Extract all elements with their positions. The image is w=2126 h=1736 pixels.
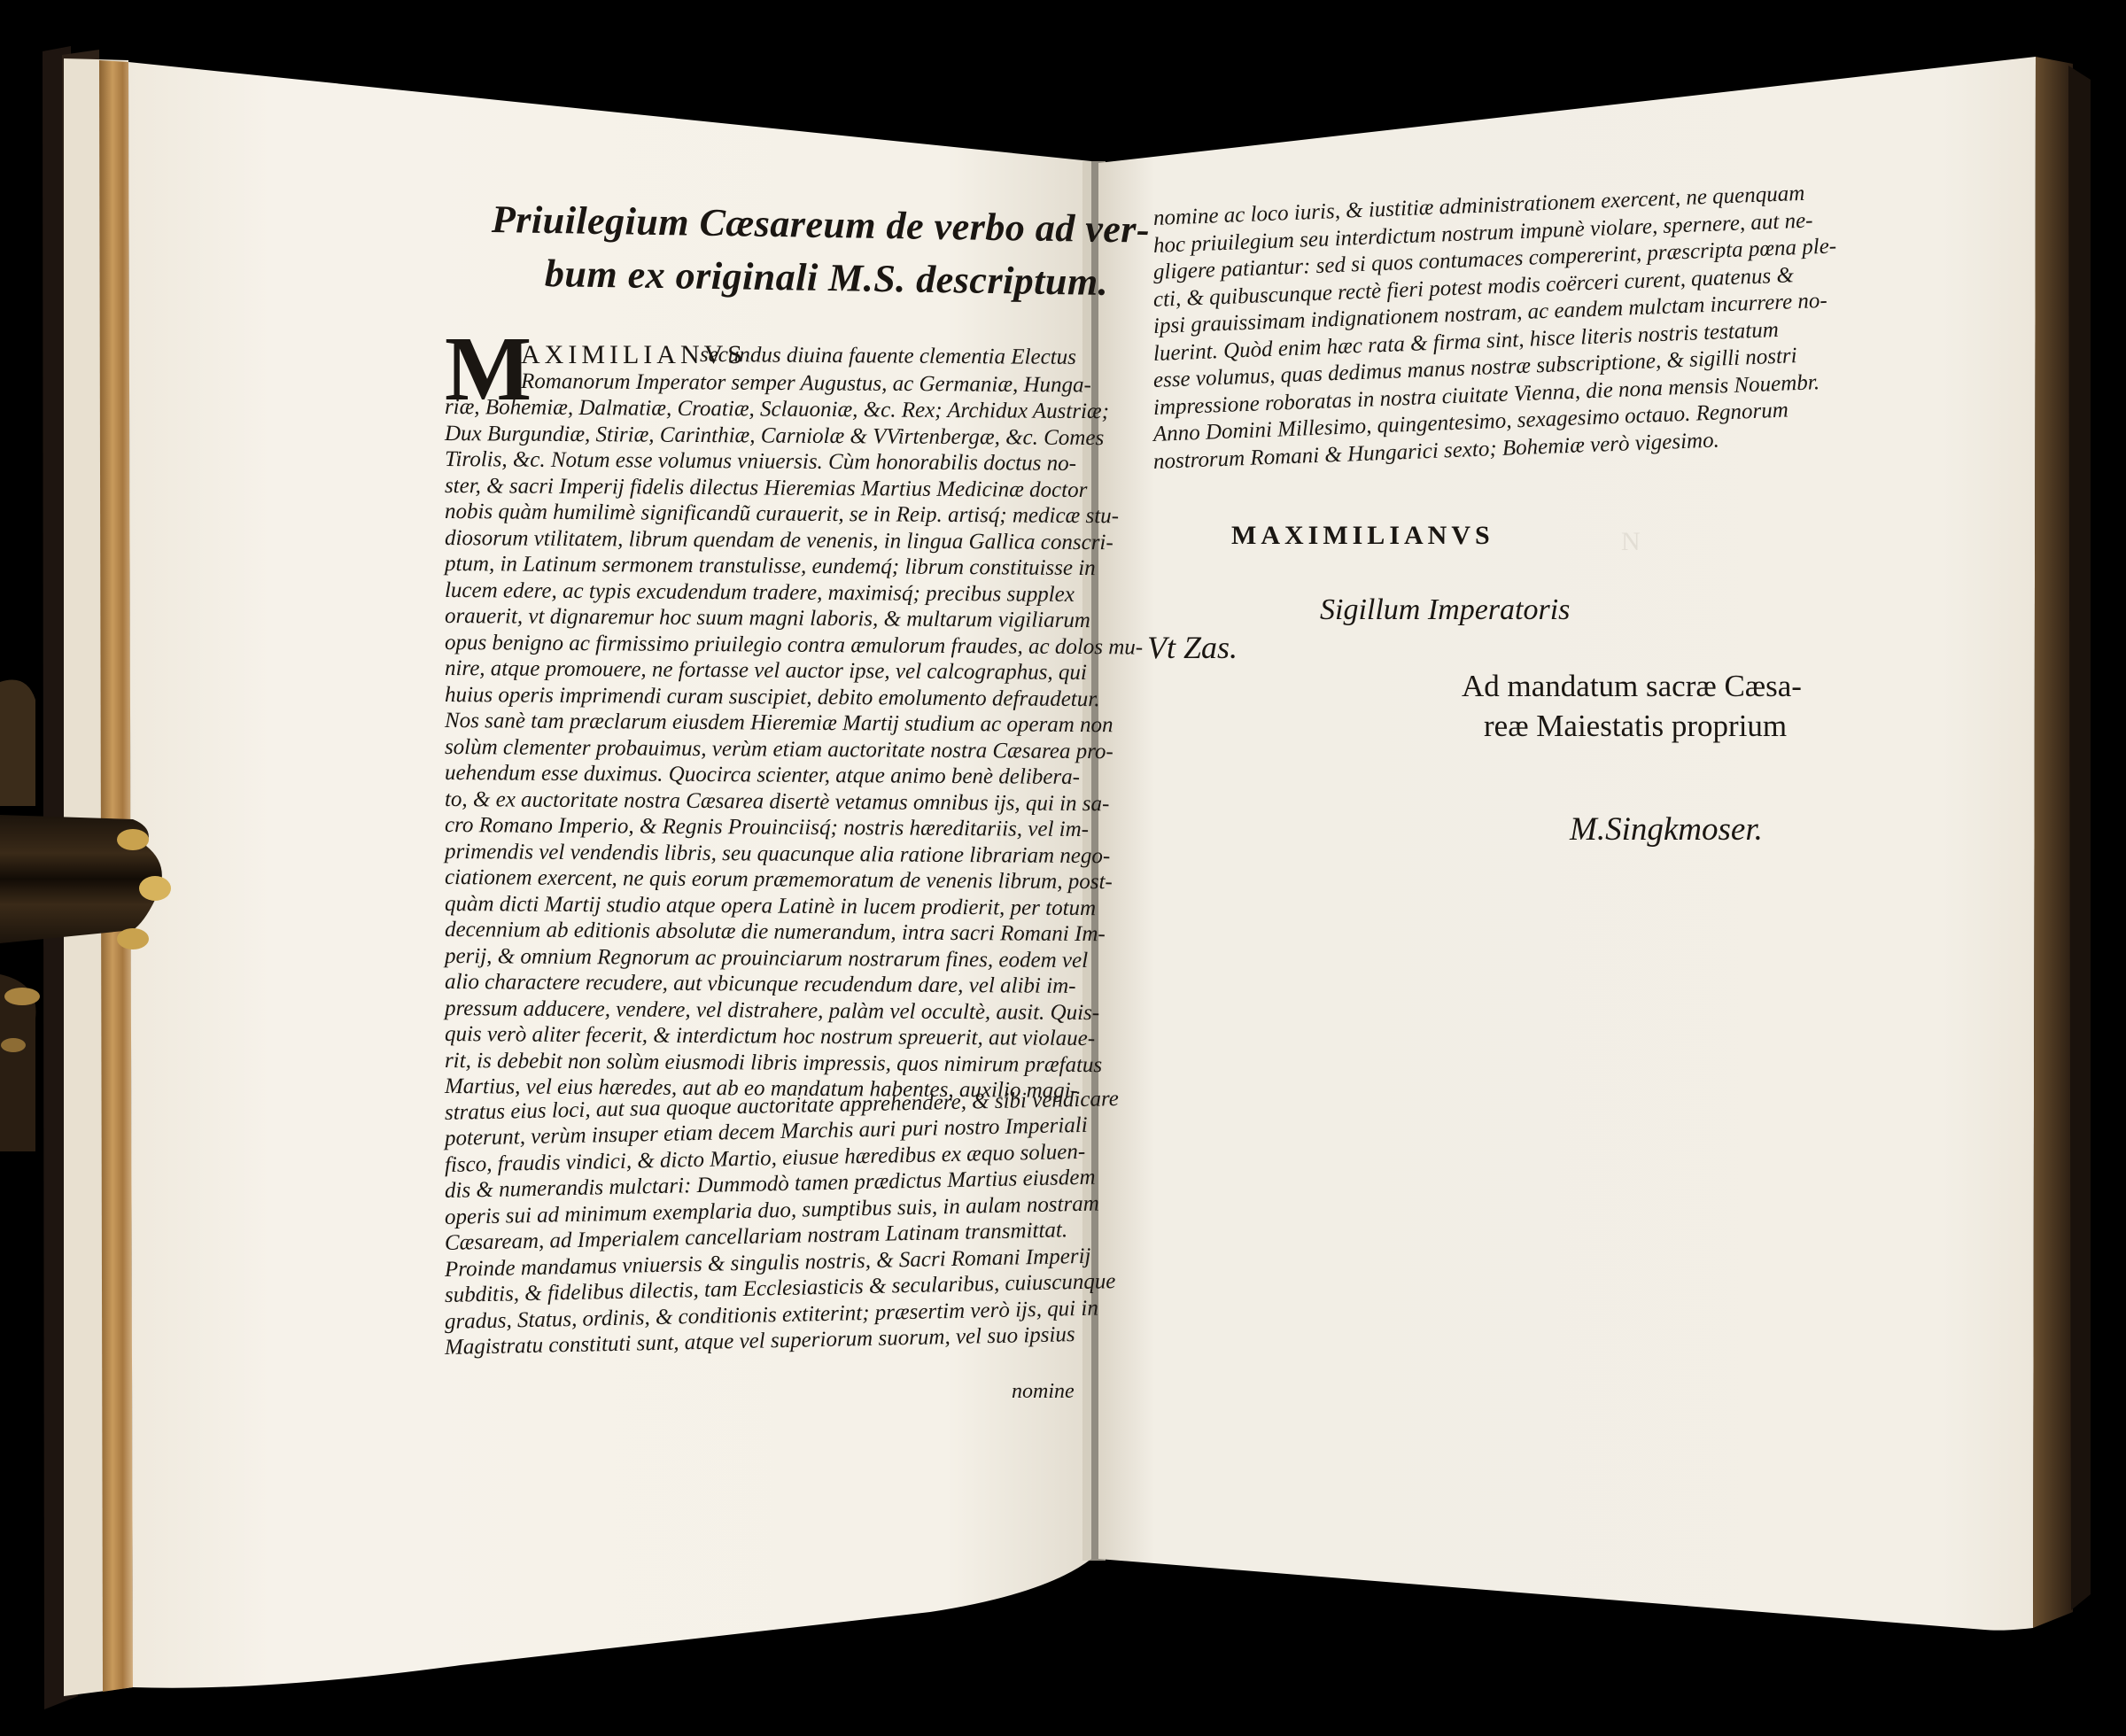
secretary-signature: M.Singkmoser. — [1570, 810, 1763, 849]
signature-maximilianus: MAXIMILIANVS — [1231, 521, 1494, 551]
privilege-title-line-2: bum ex originali M.S. descriptum. — [545, 251, 1109, 305]
right-fore-edge — [2033, 57, 2091, 1628]
catchword: nomine — [1012, 1375, 1075, 1409]
show-through-text: N — [1621, 527, 1641, 557]
seal-label: Sigillum Imperatoris — [1320, 593, 1570, 627]
countersign: Vt Zas. — [1147, 629, 1238, 666]
mandate-line-1: Ad mandatum sacræ Cæsa- — [1462, 669, 1802, 704]
mandate-line-2: reæ Maiestatis proprium — [1484, 709, 1787, 744]
